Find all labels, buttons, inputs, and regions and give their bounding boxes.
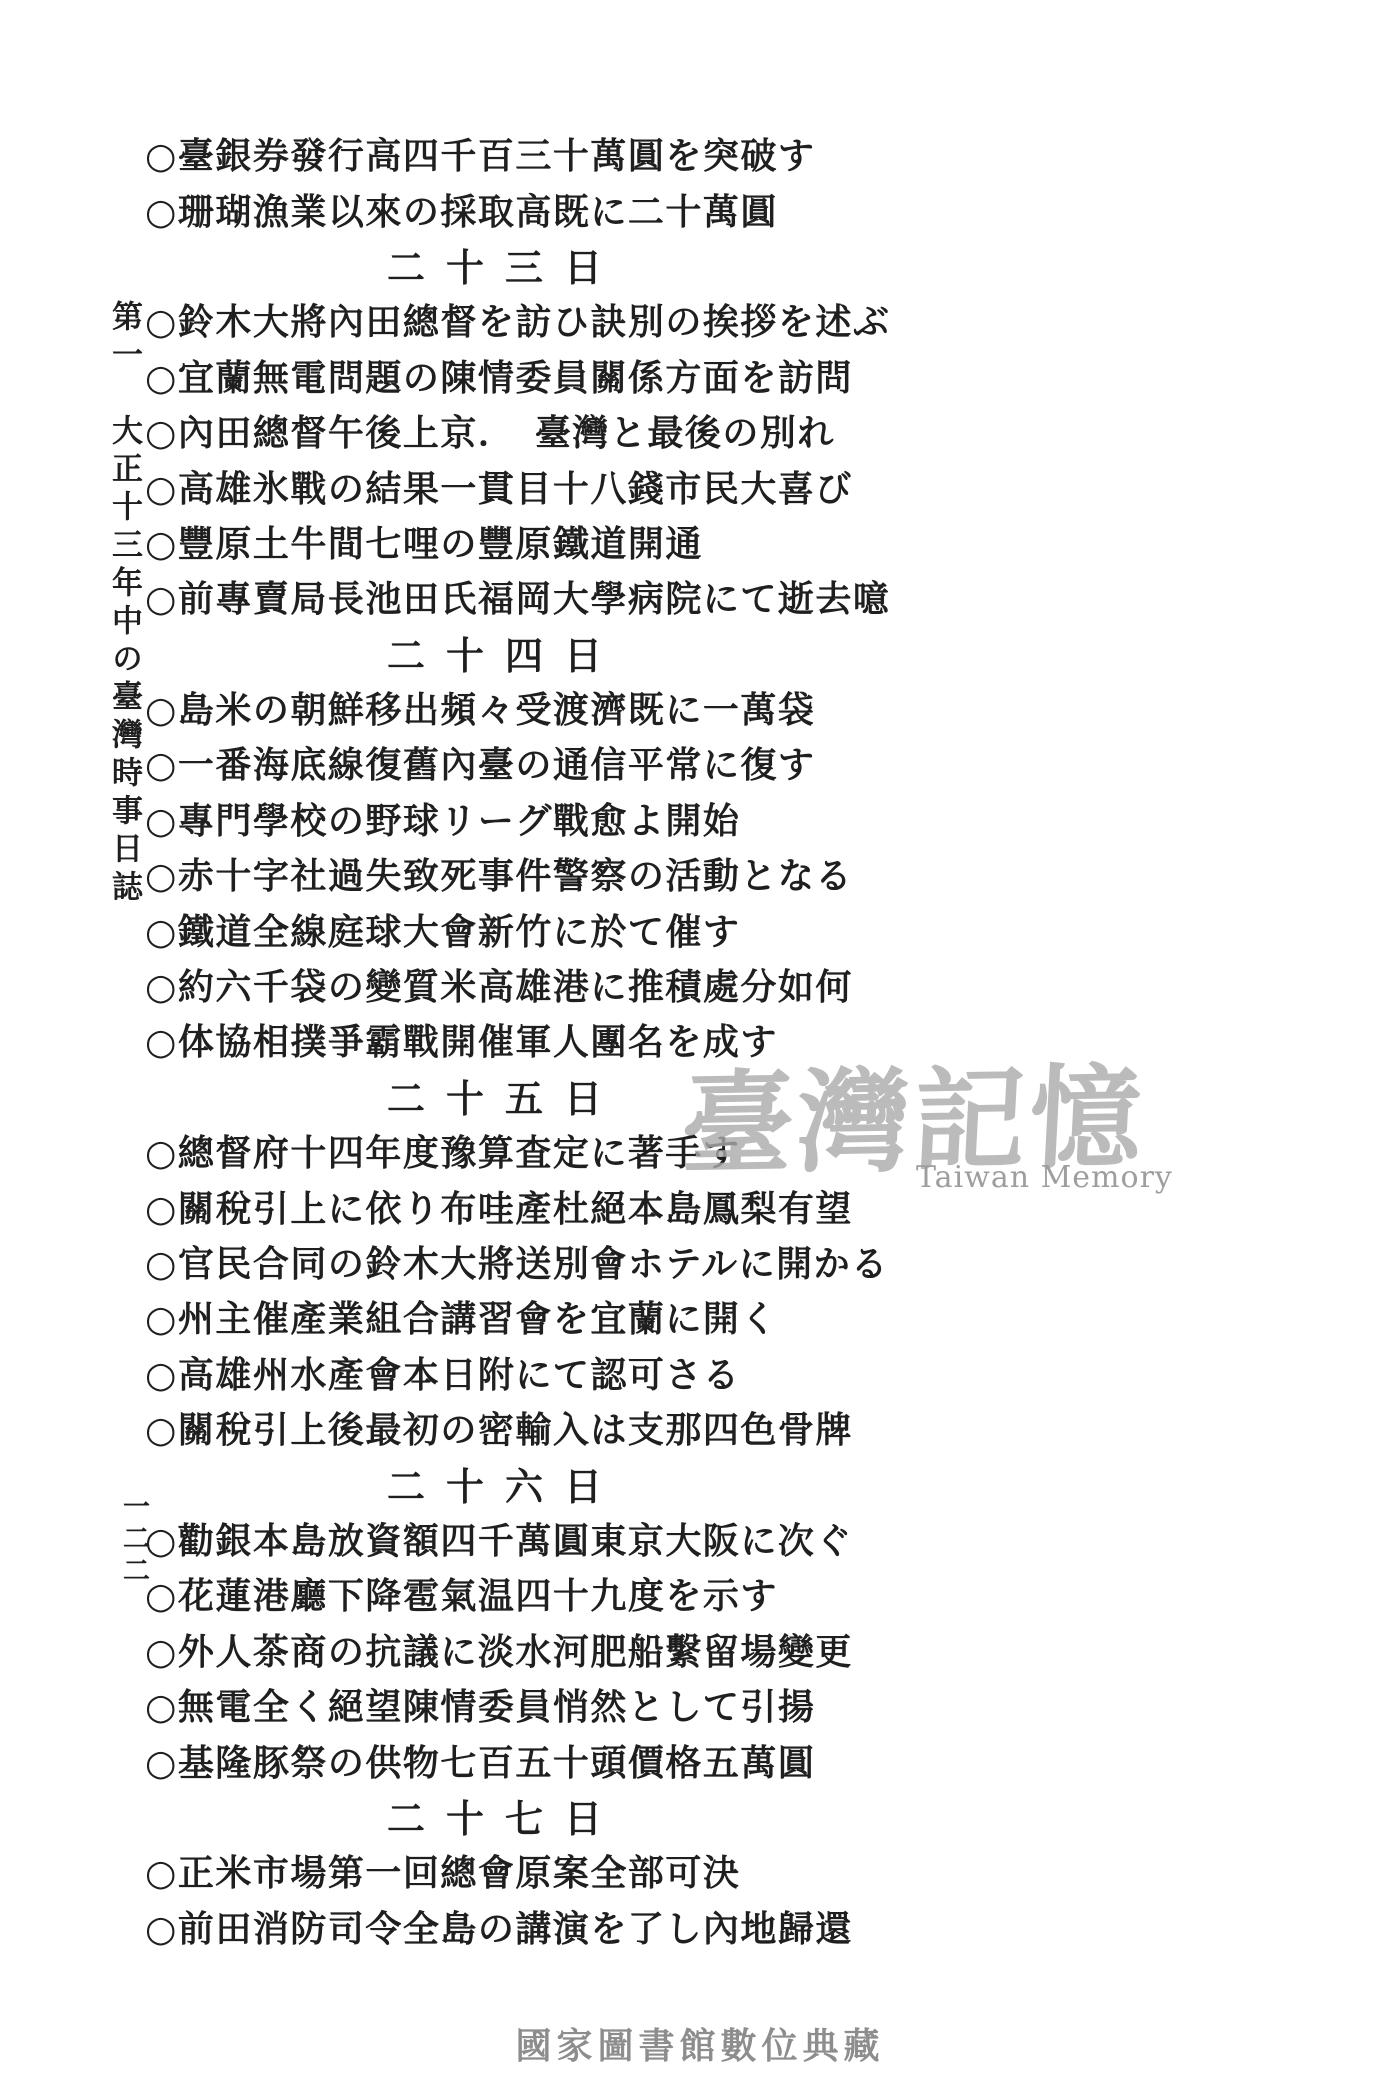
diary-entry: ○內田總督午後上京． 臺灣と最後の別れ (145, 403, 1175, 458)
date-header: 二十四日 (145, 625, 1175, 680)
diary-entry: ○高雄氷戰の結果一貫目十八錢市民大喜び (145, 458, 1175, 513)
date-header: 二十七日 (145, 1788, 1175, 1843)
diary-entry: ○臺銀券發行高四千百三十萬圓を突破す (145, 126, 1175, 181)
diary-entry: ○勸銀本島放資額四千萬圓東京大阪に次ぐ (145, 1511, 1175, 1566)
diary-entry: ○正米市場第一回總會原案全部可決 (145, 1843, 1175, 1898)
diary-entry: ○前專賣局長池田氏福岡大學病院にて逝去噫 (145, 569, 1175, 624)
document-page: 第一 大正十三年中の臺灣時事日誌 一二二 ○臺銀券發行高四千百三十萬圓を突破す○… (0, 0, 1400, 2100)
diary-entry: ○專門學校の野球リーグ戰愈よ開始 (145, 791, 1175, 846)
diary-entry: ○約六千袋の變質米高雄港に推積處分如何 (145, 957, 1175, 1012)
diary-entry: ○基隆豚祭の供物七百五十頭價格五萬圓 (145, 1732, 1175, 1787)
diary-entry: ○關稅引上後最初の密輸入は支那四色骨牌 (145, 1400, 1175, 1455)
diary-entry: ○花蓮港廳下降雹氣温四十九度を示す (145, 1566, 1175, 1621)
diary-entry: ○鈴木大將內田總督を訪ひ訣別の挨拶を述ぶ (145, 292, 1175, 347)
diary-entry: ○官民合同の鈴木大將送別會ホテルに開かる (145, 1234, 1175, 1289)
diary-entry: ○前田消防司令全島の講演を了し內地歸還 (145, 1899, 1175, 1954)
diary-entry: ○高雄州水產會本日附にて認可さる (145, 1345, 1175, 1400)
diary-entry: ○宜蘭無電問題の陳情委員關係方面を訪問 (145, 348, 1175, 403)
diary-entry: ○珊瑚漁業以來の採取高既に二十萬圓 (145, 181, 1175, 236)
date-header: 二十六日 (145, 1455, 1175, 1510)
diary-entry: ○外人茶商の抗議に淡水河肥船繫留場變更 (145, 1622, 1175, 1677)
diary-entry: ○州主催產業組合講習會を宜蘭に開く (145, 1289, 1175, 1344)
archive-footer-banner: 國家圖書館數位典藏 (0, 2018, 1400, 2069)
diary-entry: ○島米の朝鮮移出頻々受渡濟既に一萬袋 (145, 680, 1175, 735)
diary-entry: ○豐原土牛間七哩の豐原鐵道開通 (145, 514, 1175, 569)
taiwan-memory-watermark-latin: Taiwan Memory (916, 1160, 1173, 1195)
diary-entry: ○無電全く絕望陳情委員悄然として引揚 (145, 1677, 1175, 1732)
date-header: 二十三日 (145, 237, 1175, 292)
diary-entry: ○赤十字社過失致死事件警察の活動となる (145, 846, 1175, 901)
diary-entry: ○鐵道全線庭球大會新竹に於て催す (145, 901, 1175, 956)
margin-chapter-title: 第一 大正十三年中の臺灣時事日誌 (102, 300, 147, 908)
diary-entry: ○一番海底線復舊內臺の通信平常に復す (145, 735, 1175, 790)
